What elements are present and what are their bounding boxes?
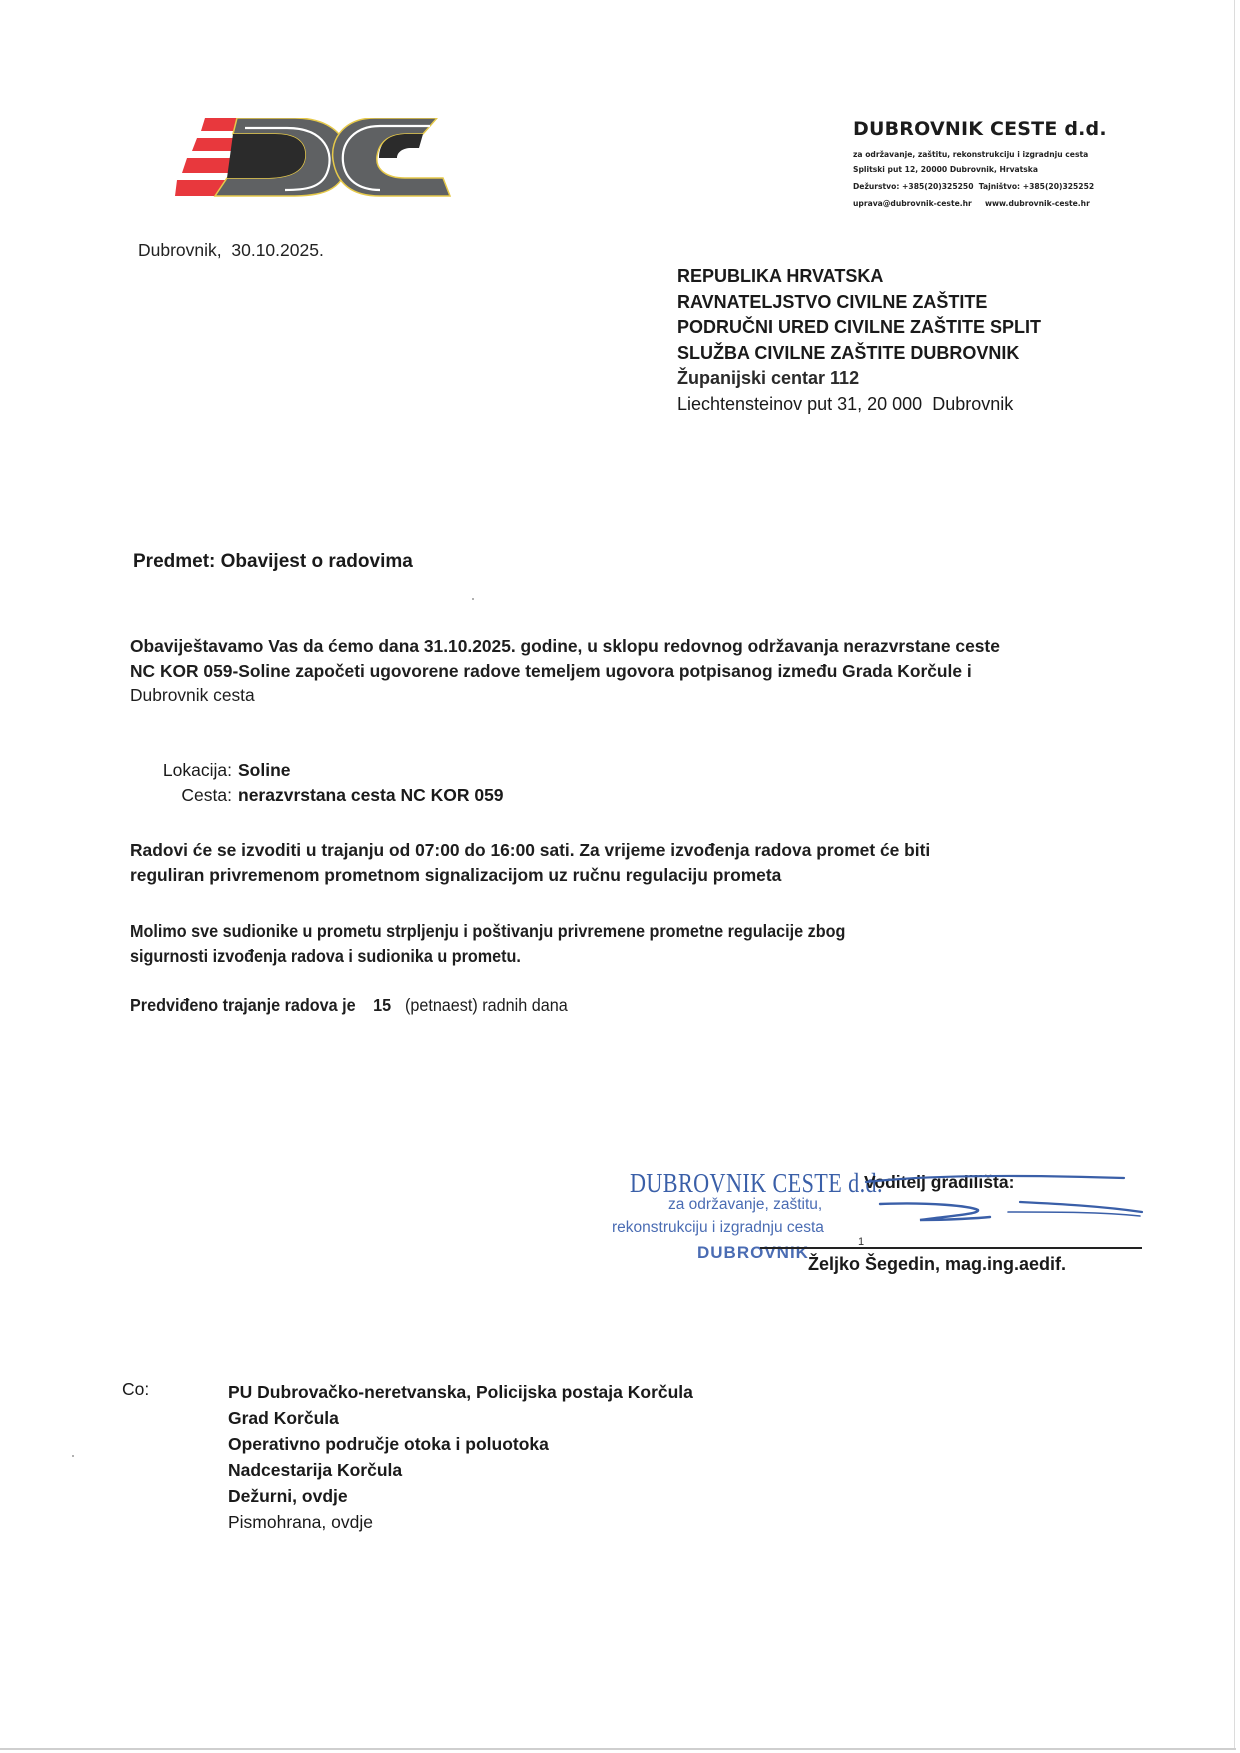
recipient-line: RAVNATELJSTVO CIVILNE ZAŠTITE bbox=[677, 290, 1041, 316]
cc-label: Co: bbox=[122, 1379, 149, 1400]
location-label: Lokacija: bbox=[147, 758, 232, 783]
handwritten-signature-icon bbox=[860, 1168, 1150, 1248]
duration-suffix: (petnaest) radnih dana bbox=[405, 995, 568, 1015]
stamp-title: DUBROVNIK CESTE d.d. bbox=[630, 1168, 883, 1199]
recipient-line: SLUŽBA CIVILNE ZAŠTITE DUBROVNIK bbox=[677, 341, 1041, 367]
secretariat-phone: +385(20)325252 bbox=[1023, 182, 1094, 191]
company-name: DUBROVNIK CESTE d.d. bbox=[853, 118, 1107, 140]
cc-recipient: Nadcestarija Korčula bbox=[228, 1457, 693, 1483]
duration-line: Predviđeno trajanje radova je 15 (petnae… bbox=[130, 993, 568, 1018]
recipient-line: REPUBLIKA HRVATSKA bbox=[677, 264, 1041, 290]
appeal-paragraph: Molimo sve sudionike u prometu strpljenj… bbox=[130, 919, 845, 968]
location-value: Soline bbox=[238, 760, 291, 780]
intro-line: Dubrovnik cesta bbox=[130, 683, 1000, 708]
duration-prefix: Predviđeno trajanje radova je bbox=[130, 995, 356, 1015]
recipient-line: PODRUČNI URED CIVILNE ZAŠTITE SPLIT bbox=[677, 315, 1041, 341]
intro-line: NC KOR 059-Soline započeti ugovorene rad… bbox=[130, 659, 1000, 684]
scan-speck bbox=[72, 1455, 74, 1457]
duty-phone: +385(20)325250 bbox=[902, 182, 973, 191]
duty-label: Dežurstvo: bbox=[853, 182, 899, 191]
company-email[interactable]: uprava@dubrovnik-ceste.hr bbox=[853, 199, 972, 208]
company-website[interactable]: www.dubrovnik-ceste.hr bbox=[985, 199, 1090, 208]
stamp-line: rekonstrukciju i izgradnju cesta bbox=[612, 1219, 824, 1237]
cc-recipient: Operativno područje otoka i poluotoka bbox=[228, 1431, 693, 1457]
hours-paragraph: Radovi će se izvoditi u trajanju od 07:0… bbox=[130, 838, 930, 887]
scan-speck bbox=[472, 598, 474, 600]
cc-recipient: Grad Korčula bbox=[228, 1405, 693, 1431]
recipient-address: Liechtensteinov put 31, 20 000 Dubrovnik bbox=[677, 392, 1041, 418]
company-address: Splitski put 12, 20000 Dubrovnik, Hrvats… bbox=[853, 165, 1038, 174]
company-phones: Dežurstvo: +385(20)325250 Tajništvo: +38… bbox=[853, 182, 1094, 191]
duration-days: 15 bbox=[373, 995, 391, 1015]
cc-recipient: Pismohrana, ovdje bbox=[228, 1509, 693, 1535]
recipient-line: Županijski centar 112 bbox=[677, 366, 1041, 392]
secretariat-label: Tajništvo: bbox=[979, 182, 1020, 191]
signatory-name: Željko Šegedin, mag.ing.aedif. bbox=[808, 1254, 1066, 1275]
company-tagline: za održavanje, zaštitu, rekonstrukciju i… bbox=[853, 150, 1088, 159]
page-edge-right bbox=[1234, 0, 1235, 1750]
location-row: Lokacija:Soline bbox=[147, 758, 504, 783]
work-details: Lokacija:Soline Cesta:nerazvrstana cesta… bbox=[147, 758, 504, 808]
stamp-city: DUBROVNIK bbox=[697, 1243, 809, 1263]
road-label: Cesta: bbox=[147, 783, 232, 808]
cc-list: PU Dubrovačko-neretvanska, Policijska po… bbox=[228, 1379, 693, 1535]
recipient-block: REPUBLIKA HRVATSKA RAVNATELJSTVO CIVILNE… bbox=[677, 264, 1041, 417]
road-value: nerazvrstana cesta NC KOR 059 bbox=[238, 785, 504, 805]
hours-line: reguliran privremenom prometnom signaliz… bbox=[130, 863, 930, 888]
signature-line bbox=[760, 1247, 1142, 1249]
page-edge-bottom bbox=[0, 1748, 1236, 1750]
subject-line: Predmet: Obavijest o radovima bbox=[133, 551, 413, 573]
stamp-line: za održavanje, zaštitu, bbox=[668, 1196, 822, 1214]
intro-line: Obaviještavamo Vas da ćemo dana 31.10.20… bbox=[130, 634, 1000, 659]
company-logo-icon bbox=[175, 118, 455, 218]
date-line: Dubrovnik, 30.10.2025. bbox=[138, 240, 324, 261]
cc-recipient: Dežurni, ovdje bbox=[228, 1483, 693, 1509]
road-row: Cesta:nerazvrstana cesta NC KOR 059 bbox=[147, 783, 504, 808]
cc-recipient: PU Dubrovačko-neretvanska, Policijska po… bbox=[228, 1379, 693, 1405]
hours-line: Radovi će se izvoditi u trajanju od 07:0… bbox=[130, 838, 930, 863]
intro-paragraph: Obaviještavamo Vas da ćemo dana 31.10.20… bbox=[130, 634, 1000, 708]
appeal-line: sigurnosti izvođenja radova i sudionika … bbox=[130, 944, 845, 969]
appeal-line: Molimo sve sudionike u prometu strpljenj… bbox=[130, 919, 845, 944]
company-contacts: uprava@dubrovnik-ceste.hr www.dubrovnik-… bbox=[853, 199, 1090, 208]
